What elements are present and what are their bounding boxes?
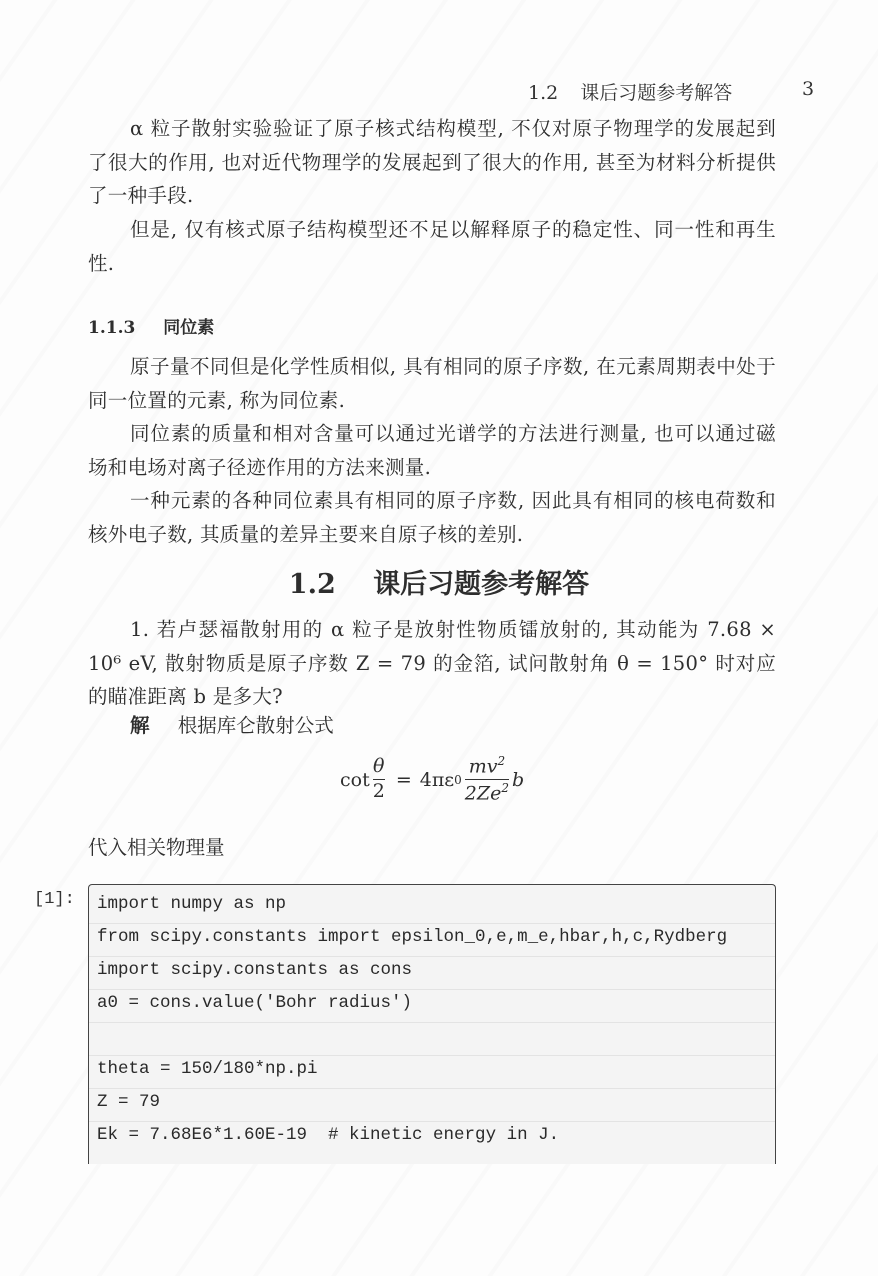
code-line-divider	[89, 1055, 775, 1056]
solution-label: 解	[130, 714, 150, 737]
eq-lhs-denominator: 2	[373, 782, 385, 802]
paragraph-limitations: 但是, 仅有核式原子结构模型还不足以解释原子的稳定性、同一性和再生性.	[88, 213, 776, 280]
code-line: from scipy.constants import epsilon_0,e,…	[97, 926, 727, 948]
running-head-section-title: 课后习题参考解答	[580, 78, 732, 105]
code-line-divider	[89, 989, 775, 990]
substitute-text: 代入相关物理量	[88, 832, 225, 860]
code-line: a0 = cons.value('Bohr radius')	[97, 992, 412, 1014]
eq-cot: cot	[340, 769, 370, 791]
subsection-title: 同位素	[163, 318, 214, 338]
code-line-divider	[89, 1022, 775, 1023]
fraction-bar	[465, 779, 509, 780]
code-line: Z = 79	[97, 1091, 160, 1113]
section-title: 课后习题参考解答	[373, 569, 589, 600]
eq-impact-parameter: b	[512, 769, 524, 791]
solution-intro: 根据库仑散射公式	[178, 714, 334, 737]
paragraph-isotope-properties: 一种元素的各种同位素具有相同的原子序数, 因此具有相同的核电荷数和核外电子数, …	[88, 484, 776, 551]
subsection-number: 1.1.3	[88, 318, 135, 338]
code-line: import scipy.constants as cons	[97, 959, 412, 981]
book-page: 1.2 课后习题参考解答 3 α 粒子散射实验验证了原子核式结构模型, 不仅对原…	[0, 0, 878, 1276]
code-cell-prompt: [1]:	[34, 890, 75, 909]
paragraph-isotope-measurement: 同位素的质量和相对含量可以通过光谱学的方法进行测量, 也可以通过磁场和电场对离子…	[88, 417, 776, 484]
code-line-divider	[89, 923, 775, 924]
running-head-section-number: 1.2	[528, 82, 558, 104]
code-line: theta = 150/180*np.pi	[97, 1058, 318, 1080]
subsection-heading: 1.1.3 同位素	[88, 313, 214, 338]
section-heading: 1.2 课后习题参考解答	[0, 562, 878, 601]
page-number: 3	[802, 78, 814, 100]
eq-lhs-numerator: θ	[373, 757, 384, 777]
problem-1-text: 1. 若卢瑟福散射用的 α 粒子是放射性物质镭放射的, 其动能为 7.68 × …	[88, 613, 776, 714]
eq-equals: =	[396, 769, 412, 791]
solution-line: 解 根据库仑散射公式	[130, 710, 334, 738]
code-cell: import numpy as np from scipy.constants …	[88, 884, 776, 1164]
coulomb-scattering-equation: cot θ 2 = 4πε0 mv2 2Ze2 b	[340, 755, 524, 805]
code-line: import numpy as np	[97, 893, 286, 915]
running-head: 1.2 课后习题参考解答 3	[528, 78, 732, 105]
section-number: 1.2	[289, 569, 336, 600]
code-line-divider	[89, 1088, 775, 1089]
eq-rhs-numerator: mv2	[469, 755, 505, 777]
code-line: Ek = 7.68E6*1.60E-19 # kinetic energy in…	[97, 1124, 559, 1146]
code-line-divider	[89, 956, 775, 957]
paragraph-isotope-definition: 原子量不同但是化学性质相似, 具有相同的原子序数, 在元素周期表中处于同一位置的…	[88, 350, 776, 417]
code-line-divider	[89, 1121, 775, 1122]
paragraph-alpha-scattering: α 粒子散射实验验证了原子核式结构模型, 不仅对原子物理学的发展起到了很大的作用…	[88, 112, 776, 213]
eq-coefficient-sub: 0	[454, 773, 462, 787]
eq-coefficient: 4πε	[420, 769, 454, 791]
eq-rhs-denominator: 2Ze2	[465, 782, 509, 804]
eq-lhs-fraction: θ 2	[373, 757, 385, 802]
eq-rhs-fraction: mv2 2Ze2	[465, 755, 509, 805]
